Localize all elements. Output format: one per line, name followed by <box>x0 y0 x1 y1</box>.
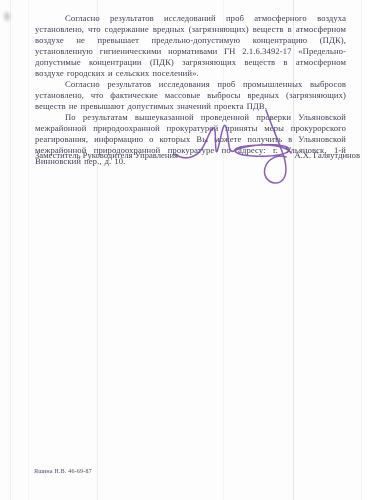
signer-name: А.Х. Галяутдинов <box>294 150 360 161</box>
scan-smudge <box>4 12 10 21</box>
scanned-letter-page: Согласно результатов исследований проб а… <box>0 0 368 500</box>
signature-stroke-initials <box>175 125 234 157</box>
scan-artifact-line <box>28 0 29 500</box>
paragraph-air-quality-results: Согласно результатов исследований проб а… <box>35 13 346 79</box>
executor-contact-note: Яшина Н.В. 46-69-87 <box>34 468 92 476</box>
scan-artifact-line <box>361 0 362 500</box>
handwritten-signature-ink <box>170 98 302 192</box>
signer-position-title: Заместитель Руководителя Управления <box>35 150 178 161</box>
scan-artifact-line <box>10 0 11 500</box>
